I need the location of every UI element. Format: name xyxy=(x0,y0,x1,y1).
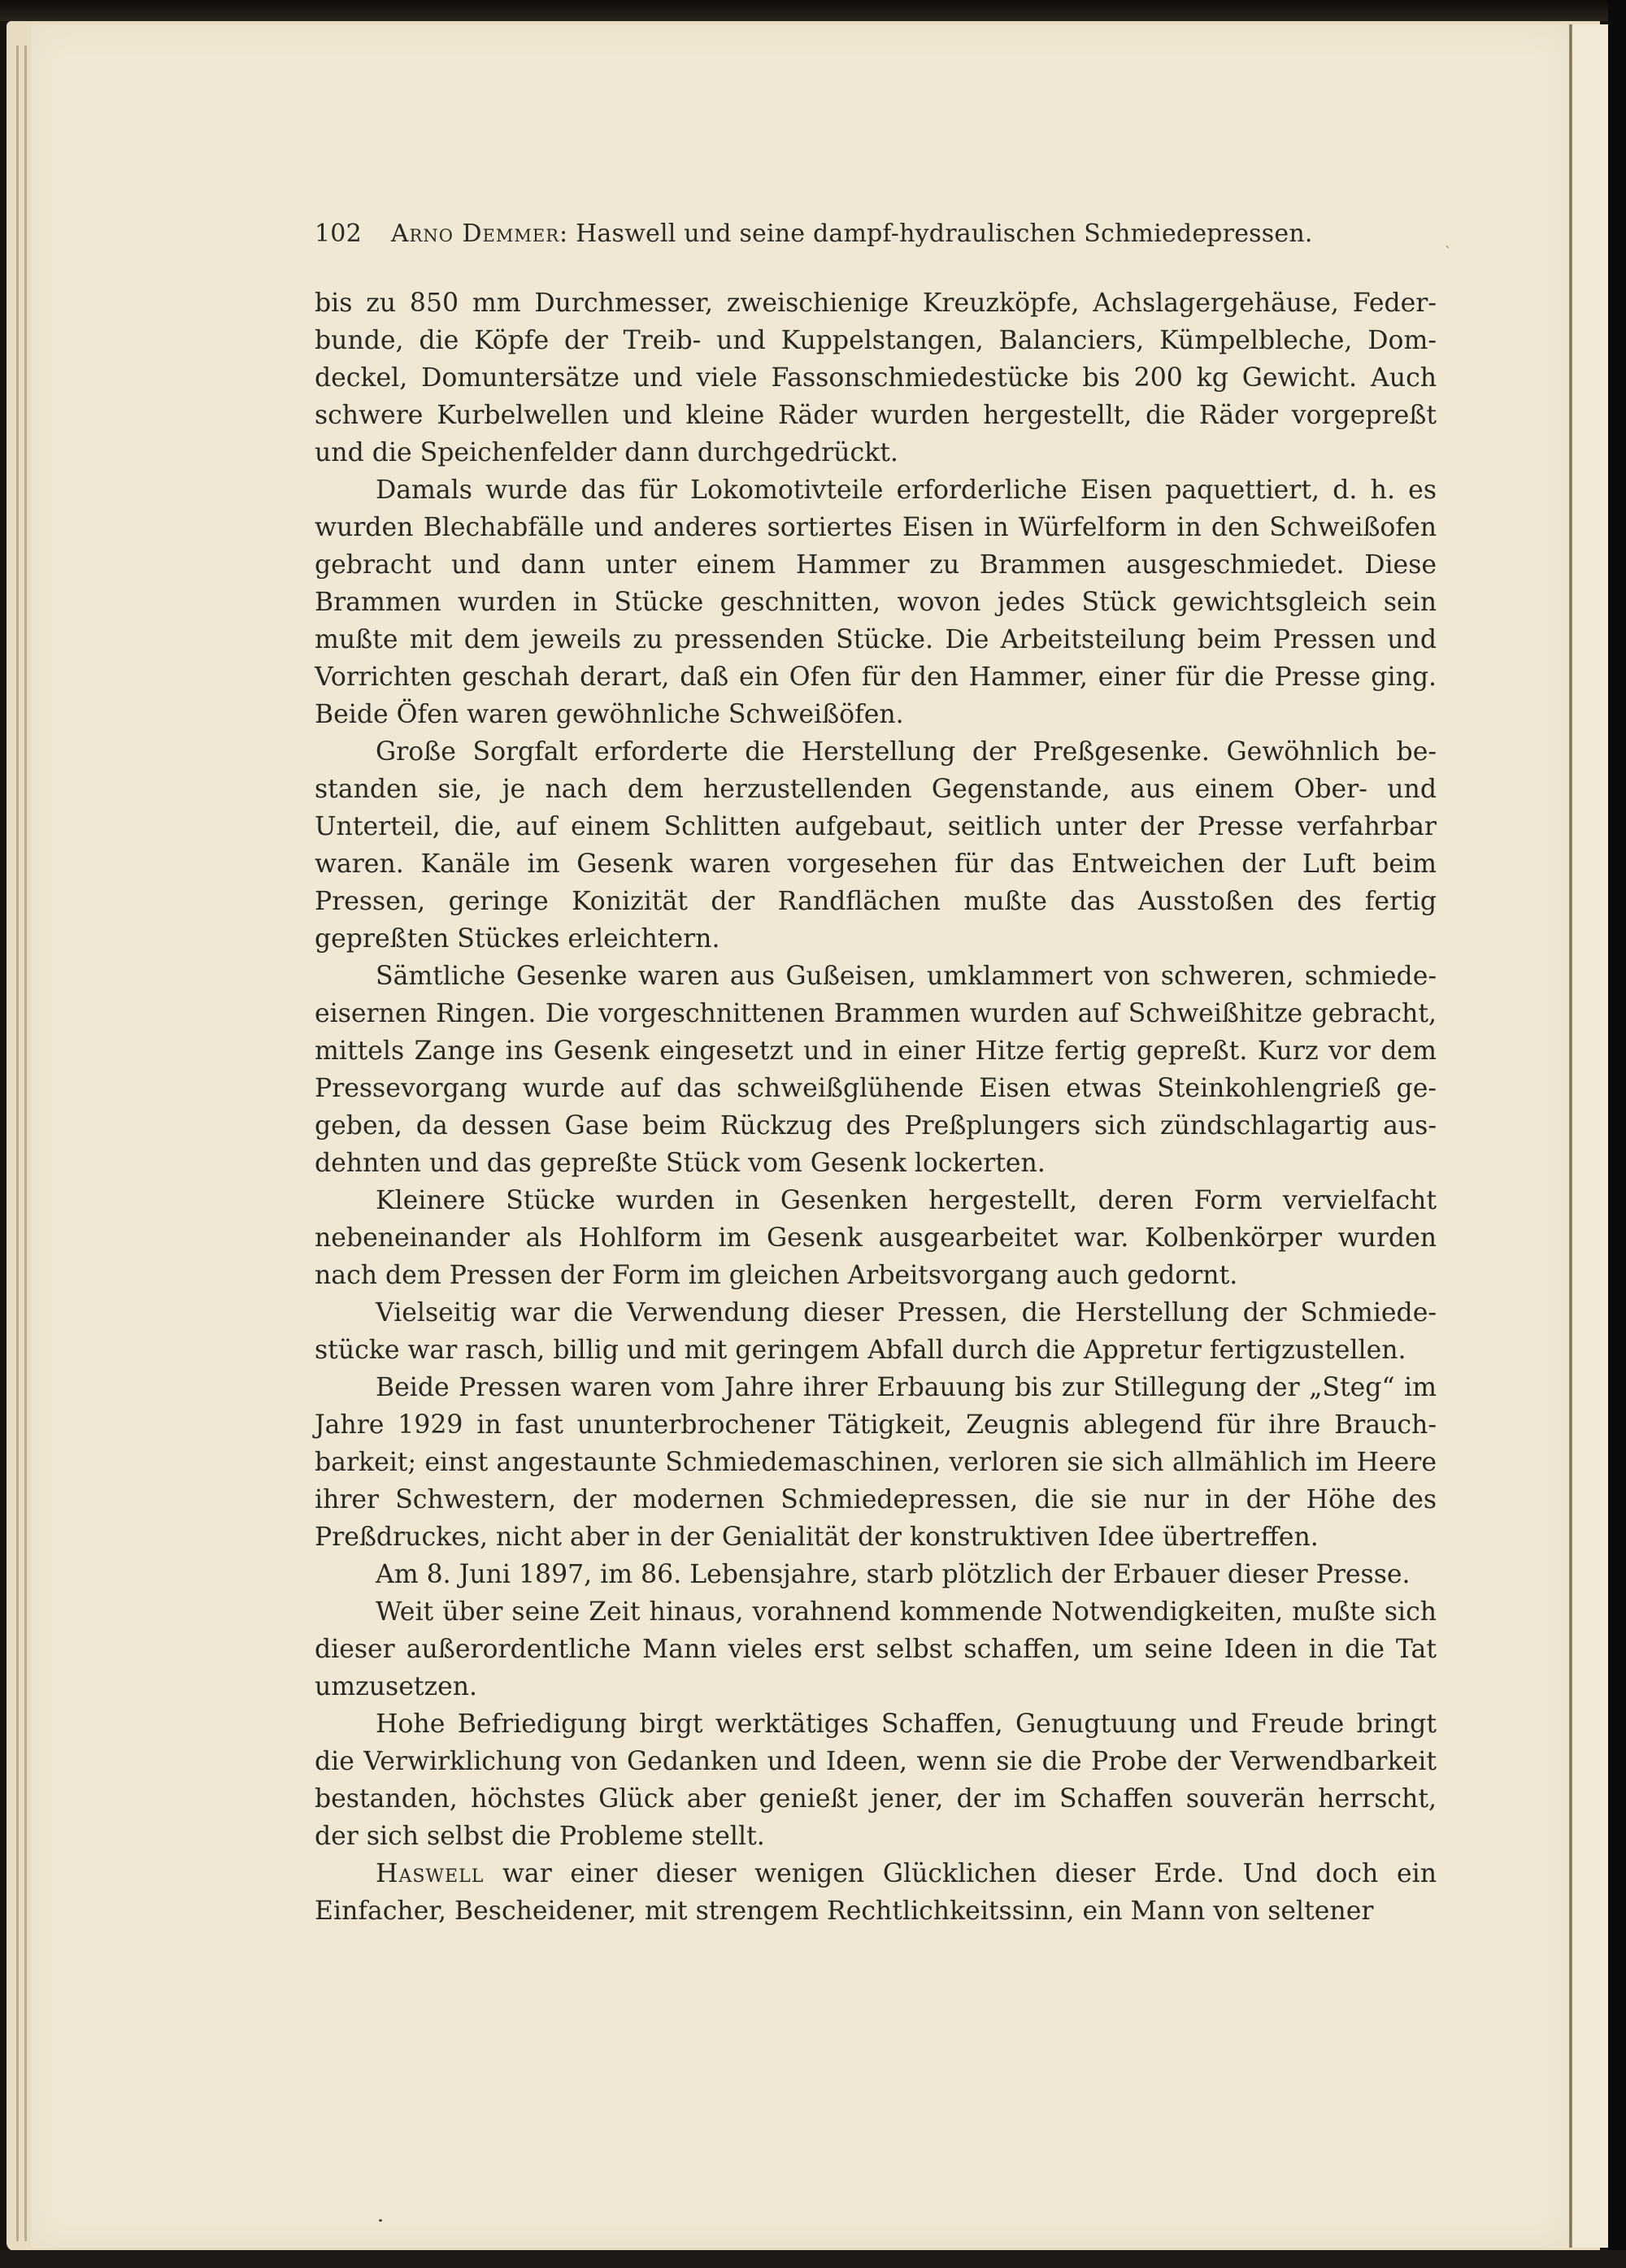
running-header: 102Arno Demmer: Haswell und seine dampf-… xyxy=(315,219,1453,248)
body-text: bis zu 850 mm Durchmesser, zweischienige… xyxy=(315,285,1437,1930)
paragraph-last: Haswell war einer dieser wenigen Glückli… xyxy=(315,1855,1437,1930)
name-haswell: Haswell xyxy=(376,1859,484,1888)
paragraph: Hohe Befriedigung birgt werktätiges Scha… xyxy=(315,1705,1437,1855)
paragraph: Große Sorgfalt erforderte die Herstellun… xyxy=(315,733,1437,958)
scan-border-right xyxy=(1608,0,1626,2268)
paragraph: Beide Pressen waren vom Jahre ihrer Erba… xyxy=(315,1369,1437,1556)
scan-border-bottom xyxy=(0,2250,1626,2268)
header-title: Haswell und seine dampf-hydraulischen Sc… xyxy=(576,219,1313,248)
paper-speck xyxy=(379,2219,382,2222)
next-page-strip xyxy=(1572,24,1608,2248)
paragraph: Sämtliche Gesenke waren aus Gußeisen, um… xyxy=(315,958,1437,1182)
paragraph-continued: bis zu 850 mm Durchmesser, zweischienige… xyxy=(315,285,1437,471)
scan-border-top xyxy=(0,0,1626,21)
paragraph: Damals wurde das für Lokomotivteile erfo… xyxy=(315,471,1437,733)
paragraph: Am 8. Juni 1897, im 86. Lebensjahre, sta… xyxy=(315,1556,1437,1593)
header-separator: : xyxy=(559,219,576,248)
paragraph: Weit über seine Zeit hinaus, vorahnend k… xyxy=(315,1593,1437,1705)
page-number: 102 xyxy=(315,219,362,248)
stack-line xyxy=(24,46,27,2241)
stack-line xyxy=(16,46,19,2241)
paragraph: Vielseitig war die Verwendung dieser Pre… xyxy=(315,1294,1437,1369)
paragraph: Kleinere Stücke wurden in Gesenken herge… xyxy=(315,1182,1437,1294)
header-author: Arno Demmer xyxy=(391,219,559,248)
margin-mark: ˏ xyxy=(1445,229,1450,250)
